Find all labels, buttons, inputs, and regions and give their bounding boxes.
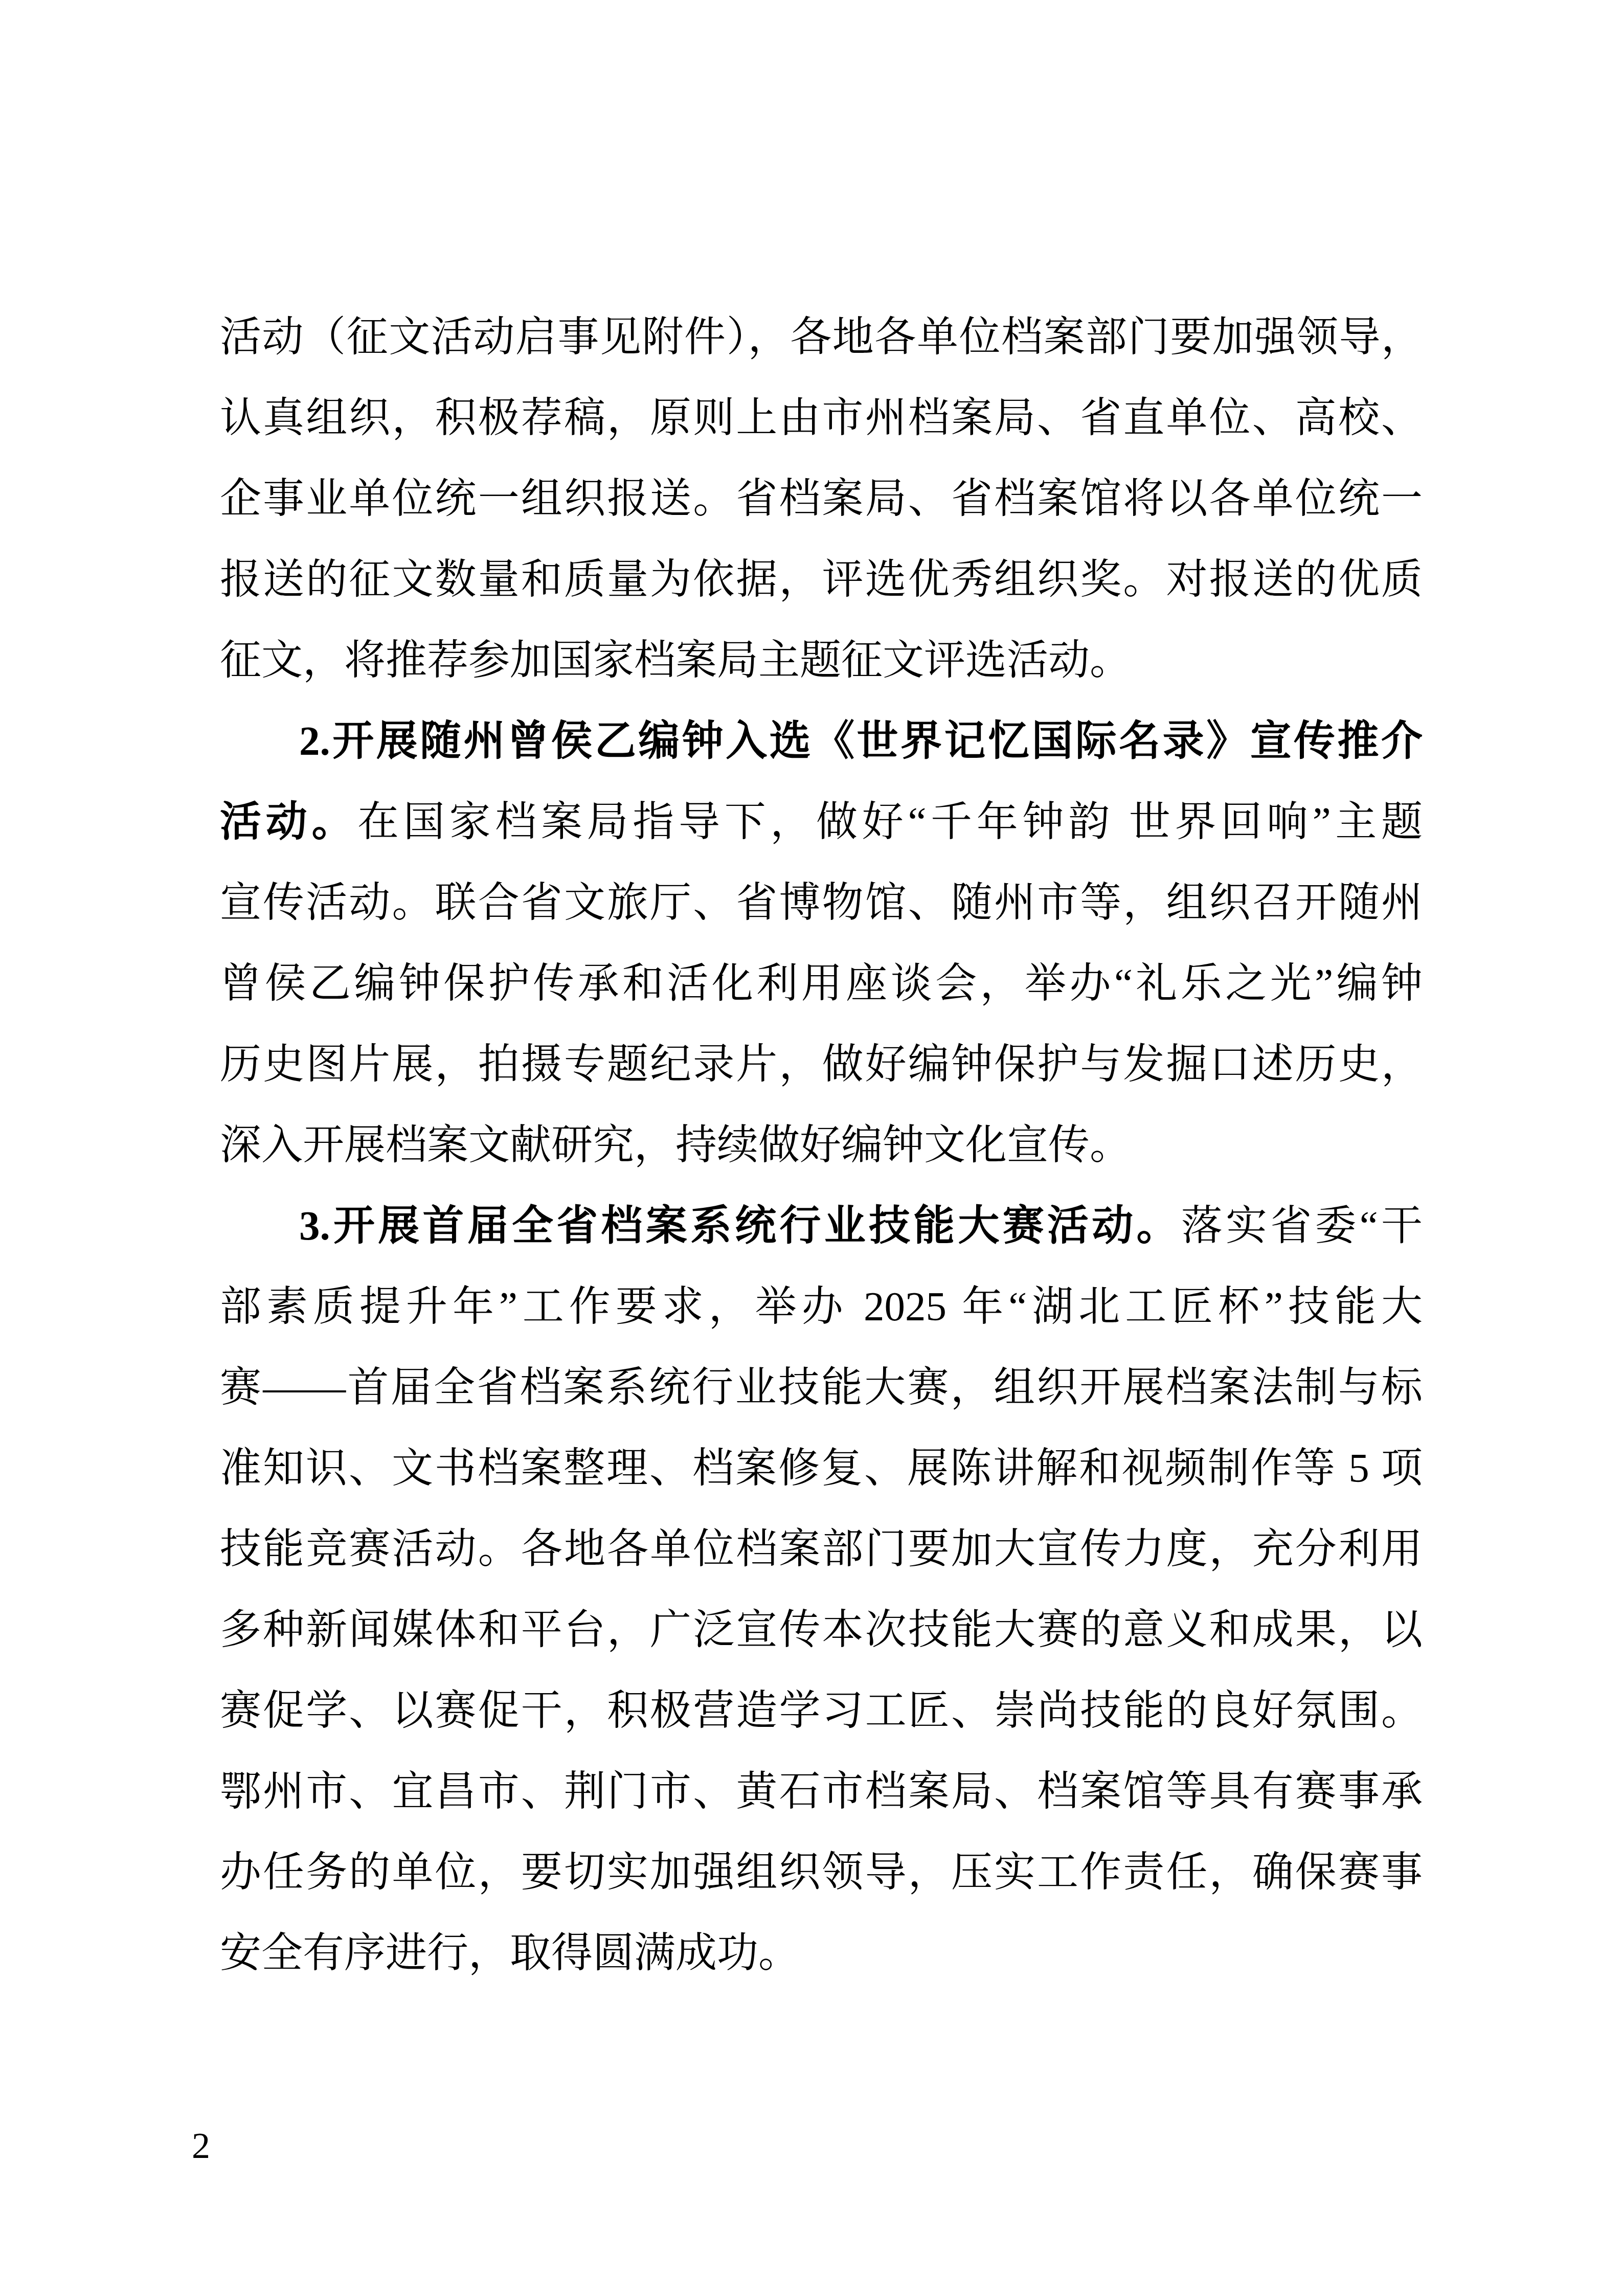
text-line: 安全有序进行，取得圆满成功。 <box>220 1912 1423 1993</box>
text-segment: 部素质提升年”工作要求，举办 2025 年“湖北工匠杯”技能大 <box>220 1284 1423 1330</box>
text-segment: 宣传活动。联合省文旅厅、省博物馆、随州市等，组织召开随州 <box>220 880 1423 926</box>
text-segment: 在国家档案局指导下，做好“千年钟韵 世界回响”主题 <box>357 799 1423 845</box>
text-line: 曾侯乙编钟保护传承和活化利用座谈会，举办“礼乐之光”编钟 <box>220 943 1423 1024</box>
text-segment: 办任务的单位，要切实加强组织领导，压实工作责任，确保赛事 <box>220 1849 1423 1895</box>
text-line: 活动（征文活动启事见附件），各地各单位档案部门要加强领导， <box>220 297 1423 377</box>
text-line: 历史图片展，拍摄专题纪录片，做好编钟保护与发掘口述历史， <box>220 1024 1423 1105</box>
text-line: 征文，将推荐参加国家档案局主题征文评选活动。 <box>220 620 1423 701</box>
text-line: 深入开展档案文献研究，持续做好编钟文化宣传。 <box>220 1105 1423 1185</box>
bold-text-segment: 活动。 <box>220 799 357 845</box>
text-segment: 落实省委“干 <box>1181 1203 1423 1249</box>
document-body: 活动（征文活动启事见附件），各地各单位档案部门要加强领导，认真组织，积极荐稿，原… <box>220 297 1423 1993</box>
text-segment: 活动（征文活动启事见附件），各地各单位档案部门要加强领导， <box>220 314 1423 360</box>
text-line: 2.开展随州曾侯乙编钟入选《世界记忆国际名录》宣传推介 <box>220 701 1423 781</box>
text-segment: 曾侯乙编钟保护传承和活化利用座谈会，举办“礼乐之光”编钟 <box>220 960 1423 1006</box>
text-line: 赛——首届全省档案系统行业技能大赛，组织开展档案法制与标 <box>220 1347 1423 1428</box>
text-line: 技能竞赛活动。各地各单位档案部门要加大宣传力度，充分利用 <box>220 1509 1423 1589</box>
text-segment: 赛促学、以赛促干，积极营造学习工匠、崇尚技能的良好氛围。 <box>220 1687 1423 1734</box>
text-segment: 多种新闻媒体和平台，广泛宣传本次技能大赛的意义和成果，以 <box>220 1607 1423 1653</box>
text-segment: 鄂州市、宜昌市、荆门市、黄石市档案局、档案馆等具有赛事承 <box>220 1768 1423 1814</box>
text-segment: 准知识、文书档案整理、档案修复、展陈讲解和视频制作等 5 项 <box>220 1445 1423 1491</box>
text-segment: 技能竞赛活动。各地各单位档案部门要加大宣传力度，充分利用 <box>220 1526 1423 1572</box>
text-line: 准知识、文书档案整理、档案修复、展陈讲解和视频制作等 5 项 <box>220 1428 1423 1509</box>
text-line: 赛促学、以赛促干，积极营造学习工匠、崇尚技能的良好氛围。 <box>220 1670 1423 1751</box>
text-line: 报送的征文数量和质量为依据，评选优秀组织奖。对报送的优质 <box>220 539 1423 620</box>
text-segment: 赛——首届全省档案系统行业技能大赛，组织开展档案法制与标 <box>220 1364 1423 1410</box>
bold-text-segment: 3.开展首届全省档案系统行业技能大赛活动。 <box>299 1203 1181 1249</box>
text-line: 宣传活动。联合省文旅厅、省博物馆、随州市等，组织召开随州 <box>220 862 1423 943</box>
text-segment: 企事业单位统一组织报送。省档案局、省档案馆将以各单位统一 <box>220 476 1423 522</box>
bold-text-segment: 2.开展随州曾侯乙编钟入选《世界记忆国际名录》宣传推介 <box>299 718 1423 764</box>
text-segment: 报送的征文数量和质量为依据，评选优秀组织奖。对报送的优质 <box>220 556 1423 602</box>
text-line: 鄂州市、宜昌市、荆门市、黄石市档案局、档案馆等具有赛事承 <box>220 1751 1423 1832</box>
text-line: 企事业单位统一组织报送。省档案局、省档案馆将以各单位统一 <box>220 458 1423 539</box>
text-segment: 征文，将推荐参加国家档案局主题征文评选活动。 <box>220 637 1131 683</box>
text-line: 多种新闻媒体和平台，广泛宣传本次技能大赛的意义和成果，以 <box>220 1589 1423 1670</box>
text-segment: 深入开展档案文献研究，持续做好编钟文化宣传。 <box>220 1122 1131 1168</box>
text-line: 3.开展首届全省档案系统行业技能大赛活动。落实省委“干 <box>220 1185 1423 1266</box>
text-line: 部素质提升年”工作要求，举办 2025 年“湖北工匠杯”技能大 <box>220 1266 1423 1347</box>
document-page: 活动（征文活动启事见附件），各地各单位档案部门要加强领导，认真组织，积极荐稿，原… <box>0 0 1623 2296</box>
page-number: 2 <box>192 2127 210 2164</box>
text-line: 活动。在国家档案局指导下，做好“千年钟韵 世界回响”主题 <box>220 781 1423 862</box>
text-segment: 安全有序进行，取得圆满成功。 <box>220 1930 800 1976</box>
text-segment: 认真组织，积极荐稿，原则上由市州档案局、省直单位、高校、 <box>220 395 1423 441</box>
text-line: 认真组织，积极荐稿，原则上由市州档案局、省直单位、高校、 <box>220 377 1423 458</box>
text-line: 办任务的单位，要切实加强组织领导，压实工作责任，确保赛事 <box>220 1832 1423 1912</box>
text-segment: 历史图片展，拍摄专题纪录片，做好编钟保护与发掘口述历史， <box>220 1041 1423 1087</box>
